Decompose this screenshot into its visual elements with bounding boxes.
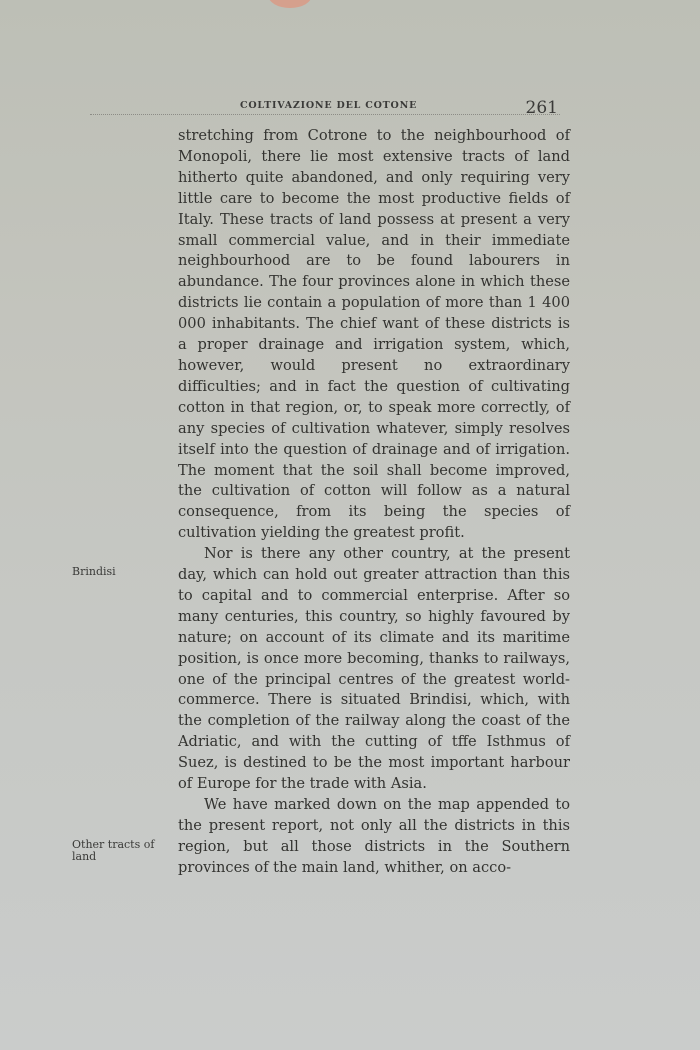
paragraph-other-tracts: We have marked down on the map appended …: [178, 795, 570, 879]
body-text: stretching from Cotrone to the neighbour…: [178, 126, 570, 879]
running-title: COLTIVAZIONE DEL COTONE: [240, 100, 417, 111]
paragraph-continuation: stretching from Cotrone to the neighbour…: [178, 126, 570, 544]
finger-thumb-artifact: [268, 0, 312, 8]
margin-note-other-tracts: Other tracts of land: [72, 839, 167, 863]
page-number: 261: [526, 98, 558, 118]
page-header: COLTIVAZIONE DEL COTONE 261: [90, 96, 560, 120]
margin-note-brindisi: Brindisi: [72, 566, 116, 578]
paragraph-brindisi: Nor is there any other country, at the p…: [178, 544, 570, 795]
header-rule: [90, 114, 560, 115]
